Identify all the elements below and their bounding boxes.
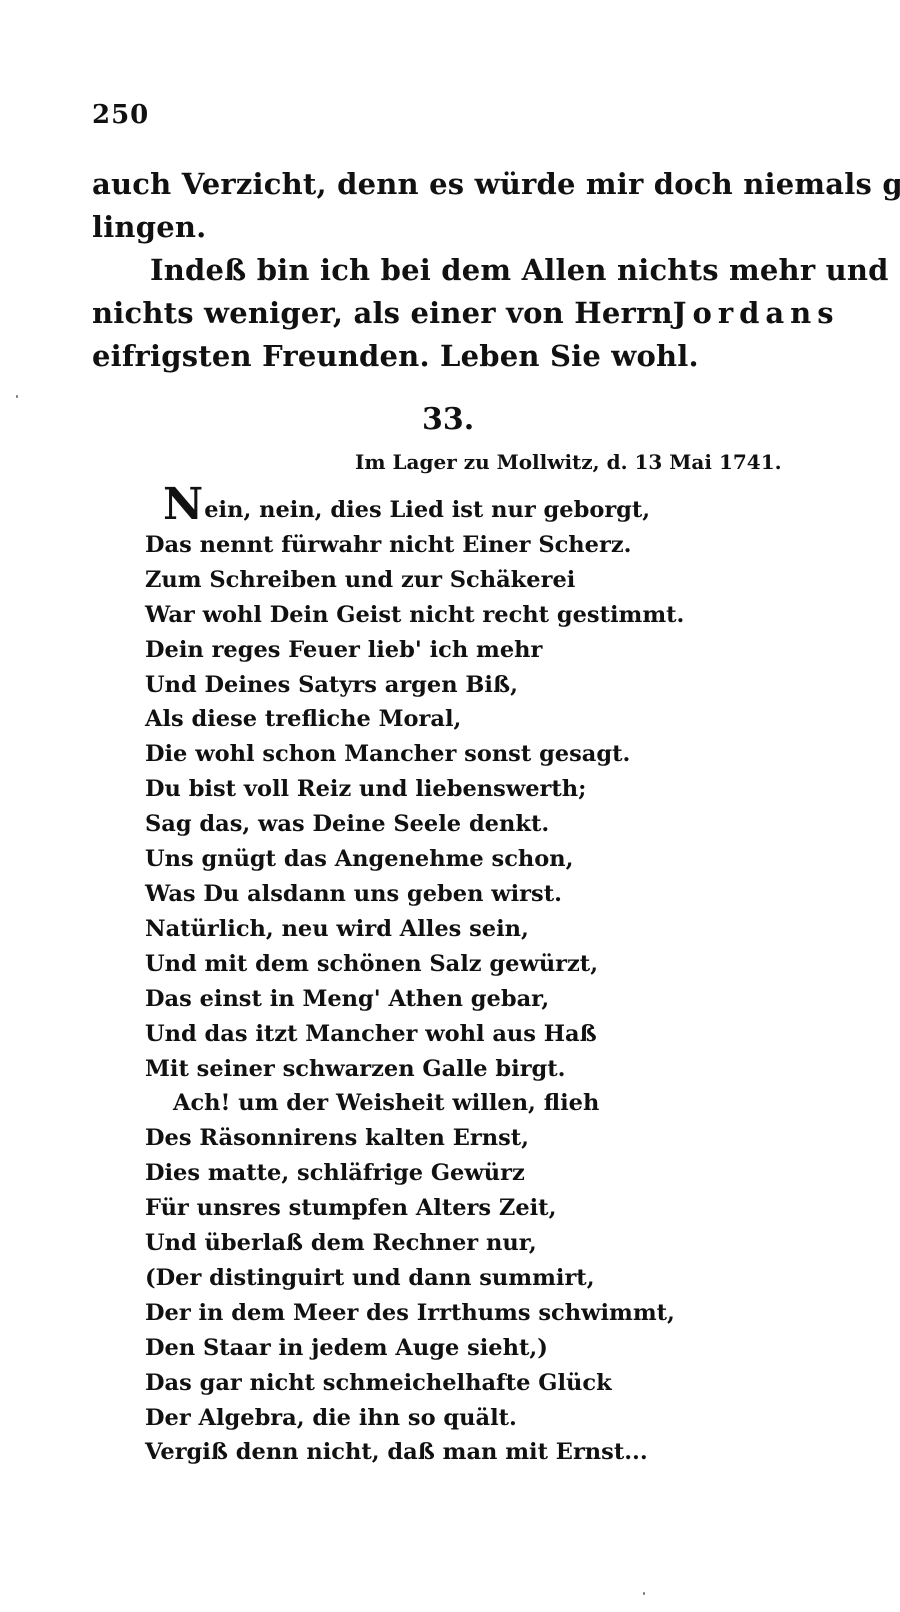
scan-speck: [643, 1592, 645, 1595]
poem-line: Des Räsonnirens kalten Ernst,: [145, 1121, 705, 1156]
prose-line-text: auch Verzicht, denn es würde mir doch ni…: [92, 163, 900, 206]
poem-line: Und mit dem schönen Salz gewürzt,: [145, 947, 705, 982]
prose-line: eifrigsten Freunden. Leben Sie wohl.: [92, 335, 827, 378]
prose-paragraph: auch Verzicht, denn es würde mir doch ni…: [92, 163, 827, 378]
poem-line: Der Algebra, die ihn so quält.: [145, 1401, 705, 1436]
poem-line: Der in dem Meer des Irrthums schwimmt,: [145, 1296, 705, 1331]
poem-line: Die wohl schon Mancher sonst gesagt.: [145, 737, 705, 772]
poem-line: Mit seiner schwarzen Galle birgt.: [145, 1052, 705, 1087]
poem-line: Zum Schreiben und zur Schäkerei: [145, 563, 705, 598]
poem-line: Nein, nein, dies Lied ist nur geborgt,: [145, 490, 705, 528]
poem: Nein, nein, dies Lied ist nur geborgt, D…: [145, 490, 705, 1470]
emphasized-name: Jordans: [673, 292, 840, 335]
poem-line: Dies matte, schläfrige Gewürz: [145, 1156, 705, 1191]
prose-line: lingen.: [92, 206, 827, 249]
poem-line: Vergiß denn nicht, daß man mit Ernst...: [145, 1435, 705, 1470]
page-number: 250: [92, 100, 149, 130]
scan-speck: [16, 395, 18, 398]
prose-line: auch Verzicht, denn es würde mir doch ni…: [92, 163, 827, 206]
poem-line: Dein reges Feuer lieb' ich mehr: [145, 633, 705, 668]
poem-line: Uns gnügt das Angenehme schon,: [145, 842, 705, 877]
book-page: 250 auch Verzicht, denn es würde mir doc…: [0, 0, 900, 1612]
prose-line: Indeß bin ich bei dem Allen nichts mehr …: [92, 249, 827, 292]
poem-line: Sag das, was Deine Seele denkt.: [145, 807, 705, 842]
poem-line-text: ein, nein, dies Lied ist nur geborgt,: [204, 497, 650, 523]
poem-line: Du bist voll Reiz und liebenswerth;: [145, 772, 705, 807]
poem-line: War wohl Dein Geist nicht recht gestimmt…: [145, 598, 705, 633]
poem-line: (Der distinguirt und dann summirt,: [145, 1261, 705, 1296]
poem-line: Und Deines Satyrs argen Biß,: [145, 668, 705, 703]
prose-line: nichts weniger, als einer von Herrn Jord…: [92, 292, 827, 335]
poem-line: Als diese trefliche Moral,: [145, 702, 705, 737]
poem-line: Für unsres stumpfen Alters Zeit,: [145, 1191, 705, 1226]
poem-line: Das einst in Meng' Athen gebar,: [145, 982, 705, 1017]
poem-line: Und das itzt Mancher wohl aus Haß: [145, 1017, 705, 1052]
drop-cap: N: [163, 479, 203, 530]
poem-line: Das gar nicht schmeichelhafte Glück: [145, 1366, 705, 1401]
poem-line: Ach! um der Weisheit willen, flieh: [145, 1086, 705, 1121]
poem-line: Den Staar in jedem Auge sieht,): [145, 1331, 705, 1366]
poem-line: Was Du alsdann uns geben wirst.: [145, 877, 705, 912]
poem-line: Natürlich, neu wird Alles sein,: [145, 912, 705, 947]
dateline: Im Lager zu Mollwitz, d. 13 Mai 1741.: [355, 450, 795, 474]
poem-line: Und überlaß dem Rechner nur,: [145, 1226, 705, 1261]
poem-line: Das nennt fürwahr nicht Einer Scherz.: [145, 528, 705, 563]
section-number: 33.: [422, 402, 474, 437]
prose-line-text: nichts weniger, als einer von Herrn: [92, 292, 673, 335]
